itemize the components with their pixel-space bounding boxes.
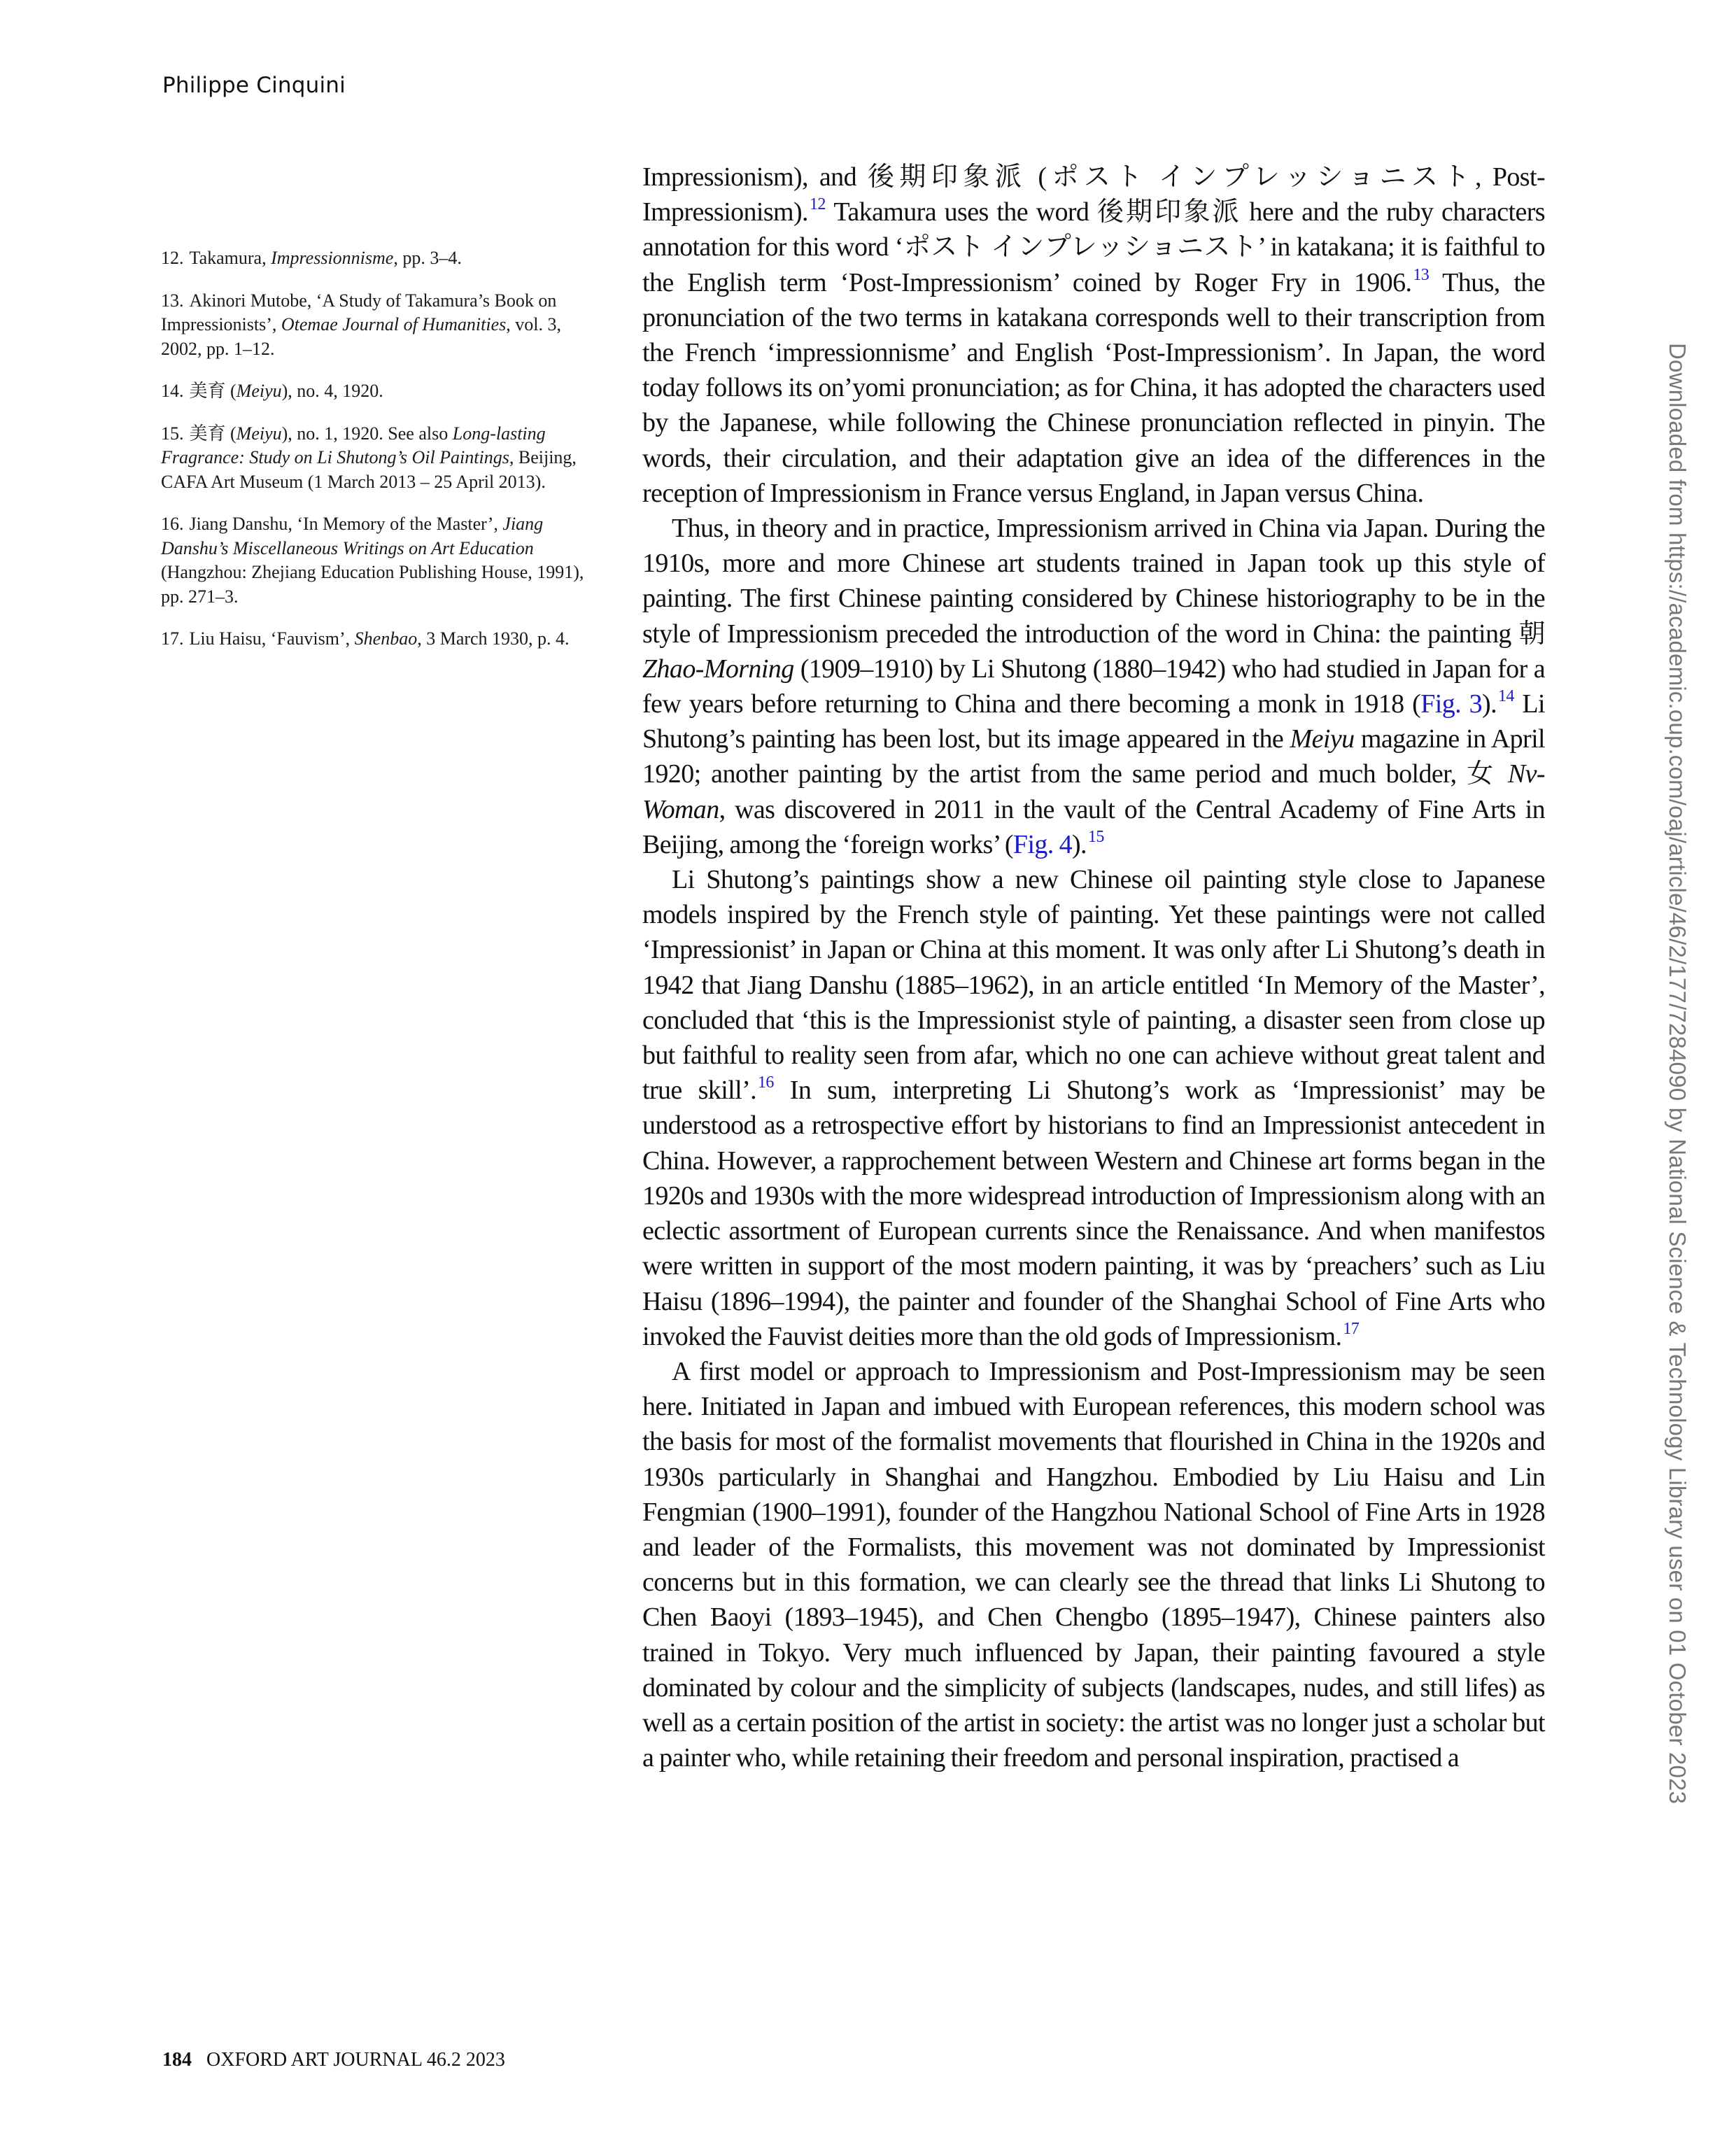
paragraph: Li Shutong’s paintings show a new Chines… [642,862,1545,1354]
paragraph: Thus, in theory and in practice, Impress… [642,511,1545,862]
footnote-ref-link[interactable]: 16 [758,1073,774,1092]
footnote-ref-link[interactable]: 17 [1343,1320,1359,1338]
italic-title: Otemae Journal of Humanities [281,314,506,334]
italic-title: Impressionnisme [271,248,393,268]
footnote: 16.Jiang Danshu, ‘In Memory of the Maste… [161,512,588,609]
italic-title: Meiyu [237,381,282,401]
footnote: 13.Akinori Mutobe, ‘A Study of Takamura’… [161,289,588,362]
footnote-number: 14. [161,381,184,401]
footnote-ref-link[interactable]: 14 [1498,687,1514,705]
footnote-ref-link[interactable]: 15 [1088,828,1104,846]
footnote: 12.Takamura, Impressionnisme, pp. 3–4. [161,246,588,271]
footnote-number: 13. [161,290,184,311]
download-watermark: Downloaded from https://academic.oup.com… [1664,343,1691,1804]
footnote-number: 12. [161,248,184,268]
footnote-number: 15. [161,423,184,444]
page-footer: 184 OXFORD ART JOURNAL 46.2 2023 [162,2049,505,2071]
footnote-ref-link[interactable]: 12 [810,195,826,213]
italic-title: Jiang Danshu’s Miscellaneous Writings on… [161,514,543,558]
footnote: 17.Liu Haisu, ‘Fauvism’, Shenbao, 3 Marc… [161,627,588,651]
italic-title: Nv-Woman [642,759,1545,824]
italic-title: Zhao-Morning [642,654,794,684]
journal-citation: OXFORD ART JOURNAL 46.2 2023 [206,2049,505,2071]
footnote-number: 16. [161,514,184,534]
paragraph: Impressionism), and 後期印象派 (ポスト インプレッショニス… [642,160,1545,511]
footnote-number: 17. [161,628,184,649]
footnote-ref-link[interactable]: 13 [1413,266,1429,284]
italic-title: Shenbao [355,628,418,649]
italic-title: Meiyu [1290,724,1355,754]
footnote: 14.美育 (Meiyu), no. 4, 1920. [161,379,588,404]
figure-link[interactable]: Fig. 4 [1013,830,1072,859]
running-head-author: Philippe Cinquini [162,73,346,98]
body-text: Impressionism), and 後期印象派 (ポスト インプレッショニス… [642,160,1545,1775]
italic-title: Meiyu [237,423,282,444]
footnote: 15.美育 (Meiyu), no. 1, 1920. See also Lon… [161,422,588,495]
italic-title: Long-lasting Fragrance: Study on Li Shut… [161,423,546,468]
figure-link[interactable]: Fig. 3 [1420,689,1482,719]
footnotes-column: 12.Takamura, Impressionnisme, pp. 3–4.13… [161,246,588,670]
page-number: 184 [162,2049,192,2071]
paragraph: A first model or approach to Impressioni… [642,1354,1545,1775]
